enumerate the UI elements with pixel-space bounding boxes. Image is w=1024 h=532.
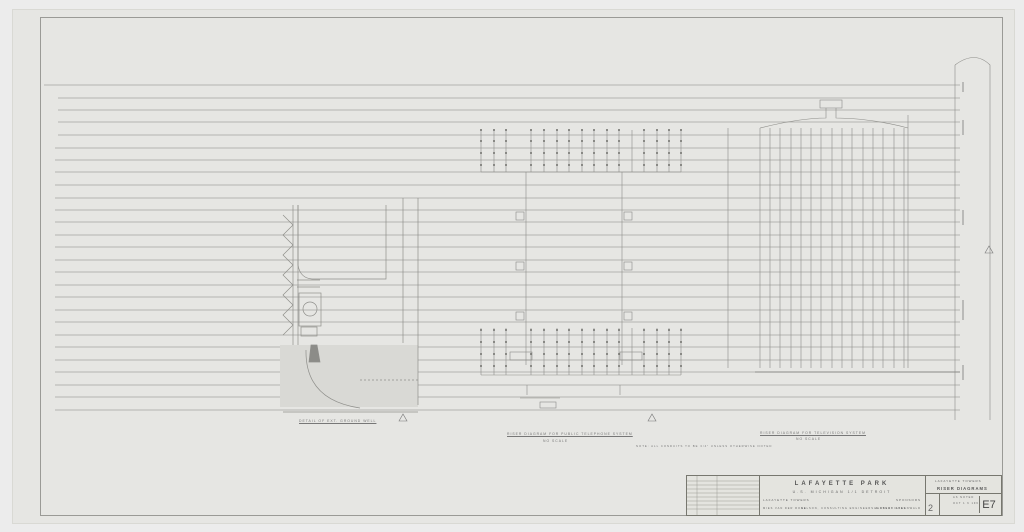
telephone-riser-diagram bbox=[481, 130, 681, 408]
television-riser-diagram bbox=[728, 58, 990, 421]
telephone-outlet-dots bbox=[480, 129, 682, 367]
ground-well-detail bbox=[280, 198, 418, 412]
top-outlet-bank bbox=[481, 130, 681, 172]
sponsors-label: SPONSORS bbox=[896, 498, 921, 502]
telephone-diagram-scale: NO SCALE bbox=[543, 439, 568, 443]
revision-triangle-icon bbox=[648, 414, 656, 421]
scale-value: AS NOTED bbox=[953, 496, 974, 499]
drawing-group: LAFAYETTE TOWERS bbox=[935, 479, 982, 483]
television-diagram-scale: NO SCALE bbox=[796, 437, 821, 441]
title-block: LAFAYETTE PARK U.S. MICHIGAN 1/1 DETROIT… bbox=[686, 475, 1002, 516]
project-location: U.S. MICHIGAN 1/1 DETROIT bbox=[759, 490, 925, 494]
drawing-title: RISER DIAGRAMS bbox=[937, 486, 988, 491]
owner-name: HERBERT GREENWALD bbox=[874, 507, 921, 510]
project-name: LAFAYETTE PARK bbox=[759, 481, 925, 487]
drawing-number: E7 bbox=[979, 496, 998, 513]
sheet-number: 2 bbox=[928, 503, 933, 513]
television-diagram-caption: RISER DIAGRAM FOR TELEVISION SYSTEM bbox=[760, 431, 866, 435]
telephone-diagram-note: NOTE: ALL CONDUITS TO BE 3/4" UNLESS OTH… bbox=[636, 444, 772, 448]
telephone-diagram-caption: RISER DIAGRAM FOR PUBLIC TELEPHONE SYSTE… bbox=[507, 432, 633, 436]
drawing-info: LAFAYETTE TOWERS RISER DIAGRAMS 2 AS NOT… bbox=[925, 476, 1001, 515]
riser-drawing-linework bbox=[0, 0, 1024, 532]
project-info: LAFAYETTE PARK U.S. MICHIGAN 1/1 DETROIT… bbox=[759, 476, 926, 515]
date-value: OCT 1 6 1961 bbox=[953, 502, 981, 505]
building-name: LAFAYETTE TOWERS bbox=[763, 498, 810, 502]
revision-triangle-icon bbox=[399, 414, 407, 421]
ground-well-caption: DETAIL OF EXT. GROUND WELL bbox=[299, 419, 376, 423]
revision-triangle-icon bbox=[985, 246, 993, 253]
revision-table bbox=[687, 476, 760, 515]
